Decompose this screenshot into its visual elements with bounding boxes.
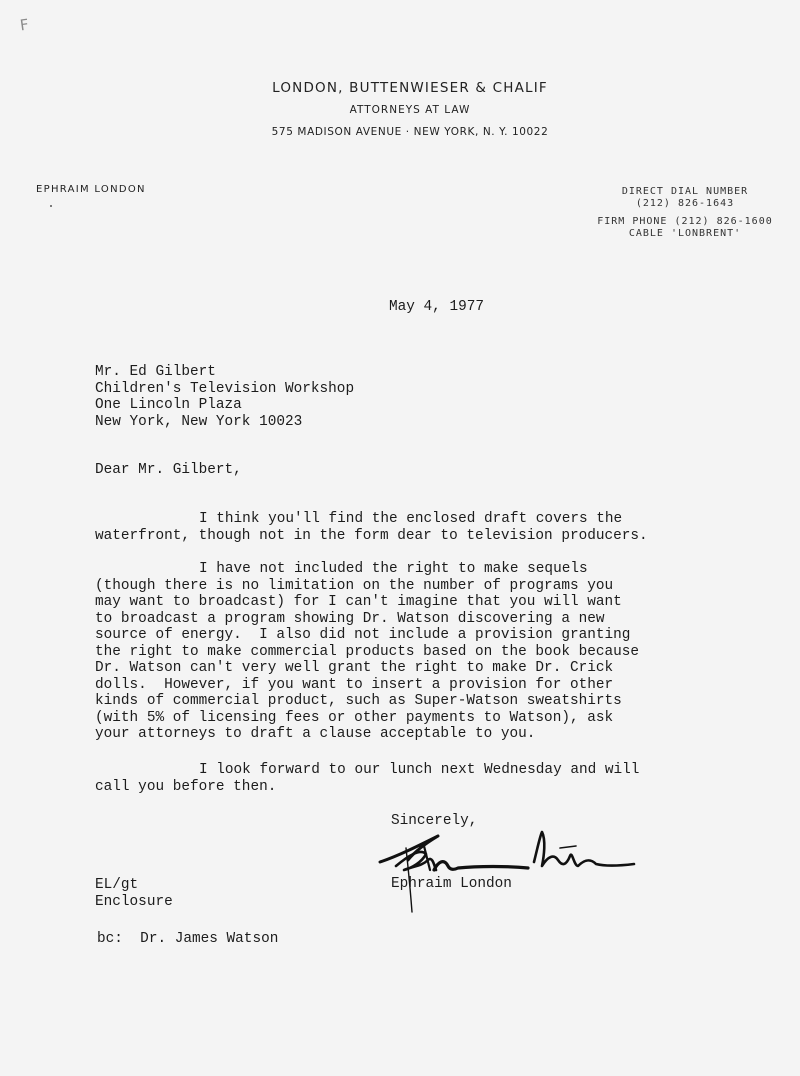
blind-copy-note: bc: Dr. James Watson: [97, 931, 278, 948]
ink-dot: [50, 205, 52, 207]
body-paragraph-2: I have not included the right to make se…: [95, 561, 639, 743]
body-line: (with 5% of licensing fees or other paym…: [95, 710, 639, 727]
body-paragraph-3: I look forward to our lunch next Wednesd…: [95, 762, 639, 795]
attorney-name: EPHRAIM LONDON: [36, 184, 146, 195]
letter-page: F LONDON, BUTTENWIESER & CHALIF ATTORNEY…: [0, 0, 800, 1076]
firm-phone: FIRM PHONE (212) 826-1600: [570, 216, 800, 228]
direct-dial-number: (212) 826-1643: [570, 198, 800, 210]
body-line: may want to broadcast) for I can't imagi…: [95, 594, 639, 611]
direct-dial-label: DIRECT DIAL NUMBER: [570, 186, 800, 198]
firm-subtitle: ATTORNEYS AT LAW: [240, 100, 580, 120]
firm-name: LONDON, BUTTENWIESER & CHALIF: [240, 78, 580, 98]
salutation: Dear Mr. Gilbert,: [95, 462, 242, 479]
body-line: your attorneys to draft a clause accepta…: [95, 726, 639, 743]
recipient-line: One Lincoln Plaza: [95, 397, 354, 414]
contact-block: DIRECT DIAL NUMBER (212) 826-1643 FIRM P…: [570, 186, 800, 240]
recipient-line: Children's Television Workshop: [95, 381, 354, 398]
body-line: the right to make commercial products ba…: [95, 644, 639, 661]
recipient-line: Mr. Ed Gilbert: [95, 364, 354, 381]
body-line: call you before then.: [95, 779, 639, 796]
firm-address: 575 MADISON AVENUE · NEW YORK, N. Y. 100…: [240, 122, 580, 142]
body-line: I have not included the right to make se…: [95, 561, 639, 578]
margin-annotation: F: [19, 15, 30, 34]
cable-address: CABLE 'LONBRENT': [570, 228, 800, 240]
enclosure-note: Enclosure: [95, 894, 173, 911]
body-line: Dr. Watson can't very well grant the rig…: [95, 660, 639, 677]
body-line: waterfront, though not in the form dear …: [95, 528, 648, 545]
body-line: (though there is no limitation on the nu…: [95, 578, 639, 595]
body-line: dolls. However, if you want to insert a …: [95, 677, 639, 694]
body-line: to broadcast a program showing Dr. Watso…: [95, 611, 639, 628]
letter-date: May 4, 1977: [389, 299, 484, 316]
letterhead: LONDON, BUTTENWIESER & CHALIF ATTORNEYS …: [240, 78, 580, 142]
reference-block: EL/gtEnclosure: [95, 877, 173, 910]
body-line: kinds of commercial product, such as Sup…: [95, 693, 639, 710]
body-line: I look forward to our lunch next Wednesd…: [95, 762, 639, 779]
handwritten-signature: [378, 826, 638, 916]
typist-initials: EL/gt: [95, 877, 173, 894]
recipient-address: Mr. Ed GilbertChildren's Television Work…: [95, 364, 354, 430]
recipient-line: New York, New York 10023: [95, 414, 354, 431]
body-paragraph-1: I think you'll find the enclosed draft c…: [95, 511, 648, 544]
signer-name: Ephraim London: [391, 876, 512, 893]
body-line: I think you'll find the enclosed draft c…: [95, 511, 648, 528]
body-line: source of energy. I also did not include…: [95, 627, 639, 644]
